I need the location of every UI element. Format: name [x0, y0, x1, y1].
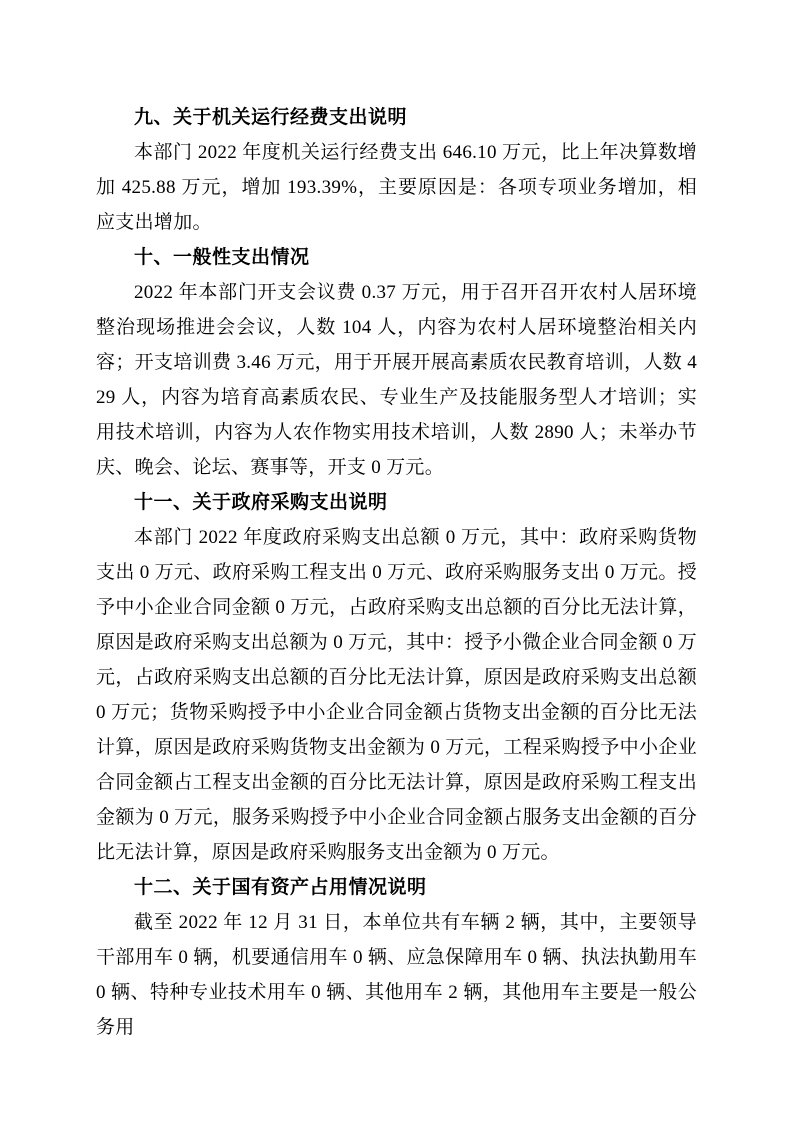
section-state-owned-assets: 十二、关于国有资产占用情况说明 截至 2022 年 12 月 31 日，本单位共… — [96, 870, 697, 1045]
section-paragraph: 本部门 2022 年度政府采购支出总额 0 万元，其中：政府采购货物支出 0 万… — [96, 520, 697, 870]
section-heading: 十二、关于国有资产占用情况说明 — [96, 870, 697, 905]
document-page: 九、关于机关运行经费支出说明 本部门 2022 年度机关运行经费支出 646.1… — [0, 0, 793, 1122]
section-heading: 十、一般性支出情况 — [96, 240, 697, 275]
section-paragraph: 2022 年本部门开支会议费 0.37 万元，用于召开召开农村人居环境整治现场推… — [96, 275, 697, 485]
section-paragraph: 截至 2022 年 12 月 31 日，本单位共有车辆 2 辆，其中，主要领导干… — [96, 905, 697, 1045]
section-general-expenditure: 十、一般性支出情况 2022 年本部门开支会议费 0.37 万元，用于召开召开农… — [96, 240, 697, 485]
section-agency-operating-expenses: 九、关于机关运行经费支出说明 本部门 2022 年度机关运行经费支出 646.1… — [96, 100, 697, 240]
section-government-procurement: 十一、关于政府采购支出说明 本部门 2022 年度政府采购支出总额 0 万元，其… — [96, 485, 697, 870]
section-paragraph: 本部门 2022 年度机关运行经费支出 646.10 万元，比上年决算数增加 4… — [96, 135, 697, 240]
section-heading: 十一、关于政府采购支出说明 — [96, 485, 697, 520]
section-heading: 九、关于机关运行经费支出说明 — [96, 100, 697, 135]
